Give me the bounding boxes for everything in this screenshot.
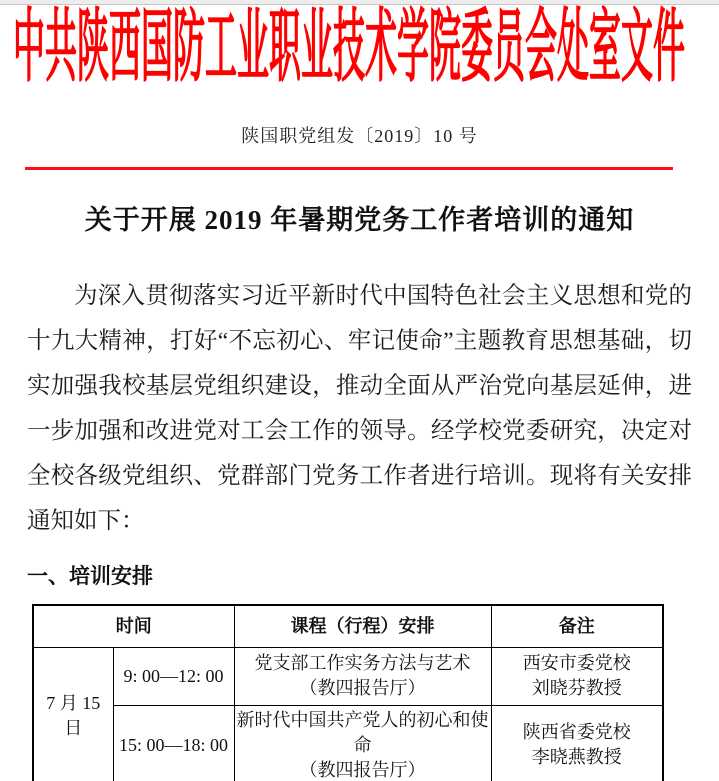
- remark-cell: 陕西省委党校 李晓燕教授: [491, 705, 663, 781]
- body-paragraph: 为深入贯彻落实习近平新时代中国特色社会主义思想和党的十九大精神，打好“不忘初心、…: [27, 274, 692, 544]
- col-header-time: 时间: [33, 605, 234, 647]
- table-row: 7 月 15 日 9: 00—12: 00 党支部工作实务方法与艺术 （教四报告…: [33, 647, 663, 705]
- col-header-course: 课程（行程）安排: [234, 605, 491, 647]
- document-number: 陕国职党组发〔2019〕10 号: [0, 122, 719, 148]
- course-cell: 党支部工作实务方法与艺术 （教四报告厅）: [234, 647, 491, 705]
- remark-lecturer: 刘晓芬教授: [494, 676, 661, 701]
- course-location: （教四报告厅）: [237, 676, 489, 701]
- red-divider-line: [25, 167, 673, 170]
- document-page: 中共陕西国防工业职业技术学院委员会处室文件 陕国职党组发〔2019〕10 号 关…: [0, 0, 719, 781]
- table-header-row: 时间 课程（行程）安排 备注: [33, 605, 663, 647]
- time-cell: 15: 00—18: 00: [113, 705, 234, 781]
- remark-cell: 西安市委党校 刘晓芬教授: [491, 647, 663, 705]
- remark-lecturer: 李晓燕教授: [494, 745, 661, 770]
- schedule-table: 时间 课程（行程）安排 备注 7 月 15 日 9: 00—12: 00 党支部…: [32, 604, 664, 781]
- remark-organization: 西安市委党校: [494, 651, 661, 676]
- col-header-remark: 备注: [491, 605, 663, 647]
- red-header-banner-text: 中共陕西国防工业职业技术学院委员会处室文件: [13, 5, 685, 91]
- course-location: （教四报告厅）: [237, 758, 489, 781]
- time-cell: 9: 00—12: 00: [113, 647, 234, 705]
- course-cell: 新时代中国共产党人的初心和使命 （教四报告厅）: [234, 705, 491, 781]
- red-header-banner: 中共陕西国防工业职业技术学院委员会处室文件: [13, 5, 693, 91]
- course-title: 党支部工作实务方法与艺术: [237, 651, 489, 676]
- section-heading-training-arrangement: 一、培训安排: [27, 560, 153, 590]
- date-cell: 7 月 15 日: [33, 647, 113, 781]
- course-title: 新时代中国共产党人的初心和使命: [237, 708, 489, 758]
- table-row: 15: 00—18: 00 新时代中国共产党人的初心和使命 （教四报告厅） 陕西…: [33, 705, 663, 781]
- document-title: 关于开展 2019 年暑期党务工作者培训的通知: [0, 198, 719, 237]
- remark-organization: 陕西省委党校: [494, 720, 661, 745]
